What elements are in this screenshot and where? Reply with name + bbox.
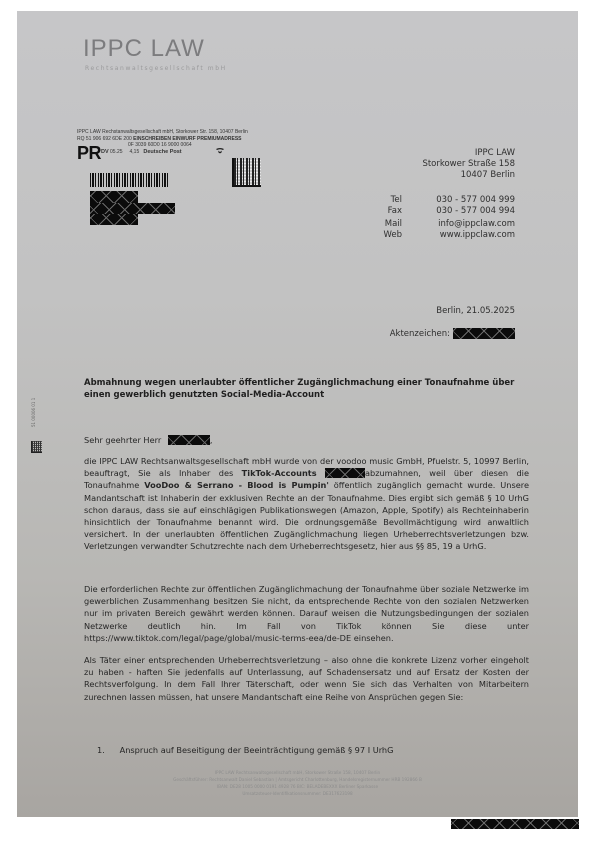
tel-value[interactable]: 030 - 577 004 999 xyxy=(436,195,515,206)
claim-number: 1. xyxy=(97,745,117,755)
letter-subject: Abmahnung wegen unerlaubter öffentlicher… xyxy=(84,377,529,401)
claim-text: Anspruch auf Beseitigung der Beeinträcht… xyxy=(120,745,394,755)
postage-product-code: PR xyxy=(77,143,101,164)
postage-barcode xyxy=(90,173,170,187)
tracking-prefix: RQ 51 906 692 6DE 200 xyxy=(77,136,132,142)
fax-value: 030 - 577 004 994 xyxy=(436,206,515,217)
claim-list-item: 1. Anspruch auf Beseitigung der Beeinträ… xyxy=(97,745,393,755)
letter-footer: IPPC LAW Rechtsanwaltsgesellschaft mbH, … xyxy=(17,769,578,797)
redacted-tiktok-handle xyxy=(325,468,365,478)
letter-page: IPPC LAW Rechtsanwaltsgesellschaft mbH I… xyxy=(17,11,578,817)
salutation-comma: , xyxy=(210,435,213,445)
tiktok-accounts-label: TikTok-Accounts xyxy=(242,468,317,478)
redacted-recipient-street xyxy=(90,203,175,214)
postage-info-line: DV 05.25 4,15 Deutsche Post xyxy=(101,149,182,155)
letter-date: Berlin, 21.05.2025 xyxy=(436,306,515,316)
side-margin-datamatrix xyxy=(31,441,42,453)
salutation-text: Sehr geehrter Herr xyxy=(84,435,161,445)
footer-line-vat: Umsatzsteuer-Identifikationsnummer: DE31… xyxy=(17,790,578,797)
redacted-reference-number xyxy=(453,328,515,339)
web-label: Web xyxy=(362,230,402,241)
paragraph-3: Als Täter einer entsprechenden Urheberre… xyxy=(84,654,529,703)
footer-line-address: IPPC LAW Rechtsanwaltsgesellschaft mbH, … xyxy=(17,769,578,776)
paragraph-1-text-c: öffentlich zugänglich gemacht wurde. Uns… xyxy=(84,480,529,551)
reference-line: Aktenzeichen: xyxy=(390,328,515,339)
firm-logo: IPPC LAW xyxy=(83,35,205,63)
salutation: Sehr geehrter Herr , xyxy=(84,434,529,446)
web-value[interactable]: www.ippclaw.com xyxy=(440,230,515,241)
postage-dv-label: DV xyxy=(101,149,109,155)
sender-city: 10407 Berlin xyxy=(422,170,515,181)
postage-code-line: 0F 3039 60D0 16 9000 0064 xyxy=(128,142,192,148)
sender-name: IPPC LAW xyxy=(422,148,515,159)
postage-price: 4,15 xyxy=(130,149,140,155)
tel-label: Tel xyxy=(362,195,402,206)
mail-label: Mail xyxy=(362,219,402,230)
paragraph-2: Die erforderlichen Rechte zur öffentlich… xyxy=(84,583,529,644)
contact-phone-fax: Tel 030 - 577 004 999 Fax 030 - 577 004 … xyxy=(362,195,515,219)
fax-label: Fax xyxy=(362,206,402,217)
sender-street: Storkower Straße 158 xyxy=(422,159,515,170)
sender-address-block: IPPC LAW Storkower Straße 158 10407 Berl… xyxy=(422,148,515,181)
post-horn-icon xyxy=(215,147,225,155)
redacted-recipient-city xyxy=(90,214,138,225)
redacted-recipient-name xyxy=(90,191,138,203)
contact-mail-web: Mail info@ippclaw.com Web www.ippclaw.co… xyxy=(362,219,515,243)
footer-line-bank: IBAN: DE28 1005 0000 0191 4928 76 BIC: B… xyxy=(17,783,578,790)
redacted-recipient-surname xyxy=(168,435,210,445)
side-margin-code: 51 00006 01 1 xyxy=(31,398,36,427)
footer-line-management: Geschäftsführer: Rechtsanwalt Daniel Seb… xyxy=(17,776,578,783)
postage-datamatrix-code xyxy=(232,158,261,187)
firm-logo-subtitle: Rechtsanwaltsgesellschaft mbH xyxy=(85,65,227,72)
mail-value[interactable]: info@ippclaw.com xyxy=(438,219,515,230)
track-title: VooDoo & Serrano - Blood is Pumpin' xyxy=(144,480,329,490)
reference-label: Aktenzeichen: xyxy=(390,329,450,339)
return-address-line: IPPC LAW Rechstanwaltsgesellschaft mbH, … xyxy=(77,129,248,135)
postage-dv-date: 05.25 xyxy=(110,149,123,155)
redacted-bottom-mark xyxy=(451,819,579,829)
paragraph-1: die IPPC LAW Rechtsanwaltsgesellschaft m… xyxy=(84,455,529,553)
postage-carrier: Deutsche Post xyxy=(143,149,181,155)
